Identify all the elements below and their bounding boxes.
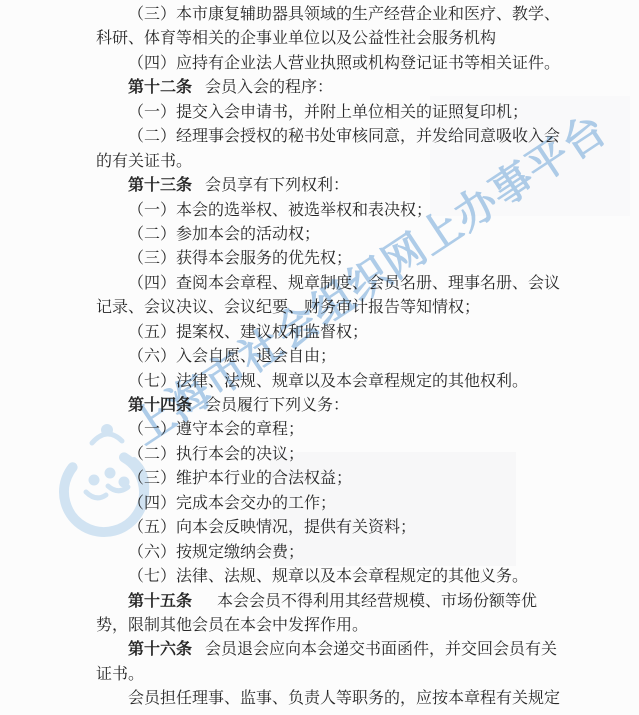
line-text: （二）执行本会的决议； [128,446,304,463]
text-line: （二）执行本会的决议； [128,443,639,467]
text-line: （六）按规定缴纳会费； [128,541,639,565]
article-number: 第十四条 [128,397,192,414]
text-line: （七）法律、法规、规章以及本会章程规定的其他权利。 [128,370,639,394]
text-line: 的有关证书。 [96,150,639,174]
line-text: （二）参加本会的活动权； [128,226,320,243]
line-text: （五）向本会反映情况，提供有关资料； [128,519,416,536]
article-line: 第十二条会员入会的程序： [128,76,639,100]
article-number: 第十五条 [128,593,192,610]
text-line: 会员担任理事、监事、负责人等职务的，应按本章程有关规定 [128,687,639,711]
line-text: （四）完成本会交办的工作； [128,495,336,512]
text-line: （一）本会的选举权、被选举权和表决权； [128,199,639,223]
article-number: 第十二条 [128,79,192,96]
article-line: 第十四条会员履行下列义务： [128,394,639,418]
text-line: （六）入会自愿、退会自由； [128,345,639,369]
text-line: （一）提交入会申请书，并附上单位相关的证照复印机； [128,101,639,125]
text-line: （四）完成本会交办的工作； [128,492,639,516]
text-line: 势，限制其他会员在本会中发挥作用。 [96,614,639,638]
article-line: 第十五条本会会员不得利用其经营规模、市场份额等优 [128,590,639,614]
line-text: （一）本会的选举权、被选举权和表决权； [128,202,432,219]
text-line: （五）提案权、建议权和监督权； [128,321,639,345]
text-line: 证书。 [96,663,639,687]
document-text: （三）本市康复辅助器具领域的生产经营企业和医疗、教学、科研、体育等相关的企事业单… [0,3,639,712]
line-text: 会员履行下列义务： [205,397,349,414]
text-line: （三）获得本会服务的优先权； [128,247,639,271]
line-text: 证书。 [96,666,144,683]
line-text: 的有关证书。 [96,153,192,170]
line-text: （三）本市康复辅助器具领域的生产经营企业和医疗、教学、 [128,6,560,23]
text-line: （四）查阅本会章程、规章制度、会员名册、理事名册、会议 [128,272,639,296]
line-text: （三）维护本行业的合法权益； [128,470,352,487]
article-line: 第十三条会员享有下列权利： [128,174,639,198]
line-text: （七）法律、法规、规章以及本会章程规定的其他义务。 [128,568,528,585]
line-text: 会员退会应向本会递交书面函件，并交回会员有关 [205,641,557,658]
line-text: 势，限制其他会员在本会中发挥作用。 [96,617,368,634]
line-text: （三）获得本会服务的优先权； [128,250,352,267]
line-text: （六）按规定缴纳会费； [128,544,304,561]
text-line: 科研、体育等相关的企事业单位以及公益性社会服务机构 [96,27,639,51]
line-text: （一）遵守本会的章程； [128,421,304,438]
article-number: 第十三条 [128,177,192,194]
line-text: （七）法律、法规、规章以及本会章程规定的其他权利。 [128,373,528,390]
line-text: 会员入会的程序： [205,79,333,96]
text-line: （一）遵守本会的章程； [128,418,639,442]
article-number: 第十六条 [128,641,192,658]
line-text: 会员享有下列权利： [205,177,349,194]
text-line: （三）维护本行业的合法权益； [128,467,639,491]
line-text: （五）提案权、建议权和监督权； [128,324,368,341]
line-text: 科研、体育等相关的企事业单位以及公益性社会服务机构 [96,30,496,47]
text-line: （四）应持有企业法人营业执照或机构登记证书等相关证件。 [128,52,639,76]
text-line: （三）本市康复辅助器具领域的生产经营企业和医疗、教学、 [128,3,639,27]
line-text: （四）应持有企业法人营业执照或机构登记证书等相关证件。 [128,55,560,72]
line-text: （四）查阅本会章程、规章制度、会员名册、理事名册、会议 [128,275,560,292]
line-text: （一）提交入会申请书，并附上单位相关的证照复印机； [128,104,528,121]
line-text: 本会会员不得利用其经营规模、市场份额等优 [217,593,537,610]
line-text: 记录、会议决议、会议纪要、财务审计报告等知情权； [96,299,480,316]
text-line: （五）向本会反映情况，提供有关资料； [128,516,639,540]
text-line: （二）参加本会的活动权； [128,223,639,247]
text-line: 记录、会议决议、会议纪要、财务审计报告等知情权； [96,296,639,320]
line-text: （六）入会自愿、退会自由； [128,348,336,365]
line-text: （二）经理事会授权的秘书处审核同意，并发给同意吸收入会 [128,128,560,145]
text-line: （七）法律、法规、规章以及本会章程规定的其他义务。 [128,565,639,589]
document-page: 上海市社会组织网上办事平台 （三）本市康复辅助器具领域的生产经营企业和医疗、教学… [0,0,639,715]
line-text: 会员担任理事、监事、负责人等职务的，应按本章程有关规定 [128,690,560,707]
text-line: （二）经理事会授权的秘书处审核同意，并发给同意吸收入会 [128,125,639,149]
article-line: 第十六条会员退会应向本会递交书面函件，并交回会员有关 [128,638,639,662]
